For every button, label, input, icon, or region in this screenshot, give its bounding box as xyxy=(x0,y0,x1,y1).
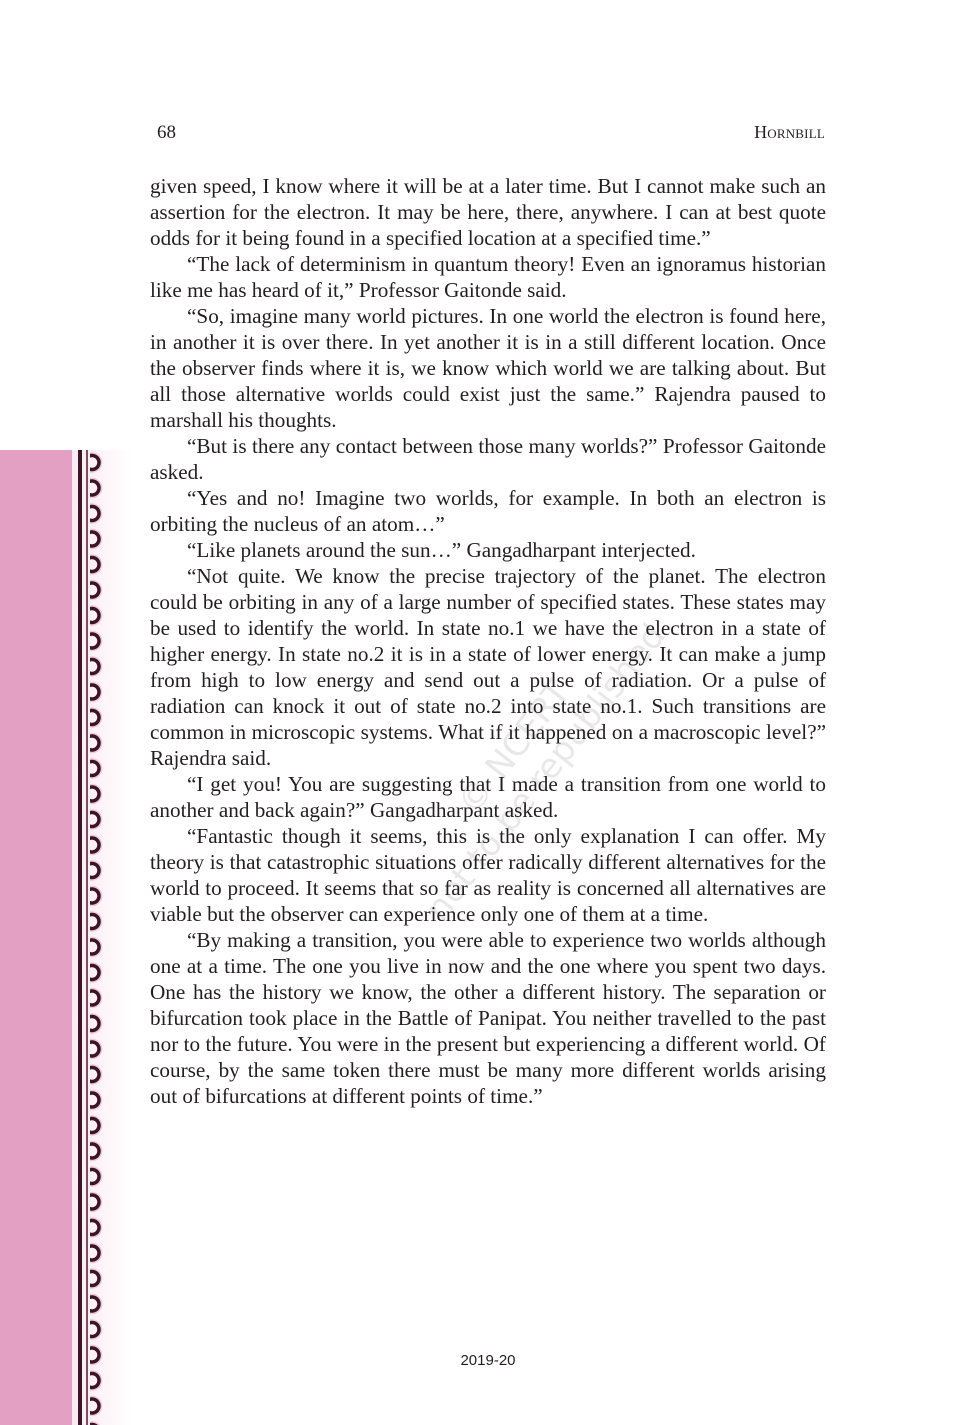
decorative-margin-band xyxy=(0,450,72,1425)
page-footer: 2019-20 xyxy=(0,1352,974,1369)
paragraph: “So, imagine many world pictures. In one… xyxy=(150,303,826,433)
decorative-border-line-inner xyxy=(86,450,88,1425)
paragraph: “But is there any contact between those … xyxy=(150,433,826,485)
page-number: 68 xyxy=(157,122,176,144)
paragraph: “Like planets around the sun…” Gangadhar… xyxy=(150,537,826,563)
page-header: 68 Hornbill xyxy=(157,122,825,148)
paragraph: “Not quite. We know the precise trajecto… xyxy=(150,563,826,771)
paragraph: “By making a transition, you were able t… xyxy=(150,927,826,1109)
running-head: Hornbill xyxy=(754,122,825,143)
paragraph: “Yes and no! Imagine two worlds, for exa… xyxy=(150,485,826,537)
paragraph: “Fantastic though it seems, this is the … xyxy=(150,823,826,927)
paragraph: given speed, I know where it will be at … xyxy=(150,173,826,251)
footer-year: 2019-20 xyxy=(460,1352,515,1369)
decorative-border-line xyxy=(78,450,82,1425)
body-text: given speed, I know where it will be at … xyxy=(150,173,826,1109)
paragraph: “I get you! You are suggesting that I ma… xyxy=(150,771,826,823)
scallop-ornament-icon xyxy=(90,450,120,1425)
paragraph: “The lack of determinism in quantum theo… xyxy=(150,251,826,303)
